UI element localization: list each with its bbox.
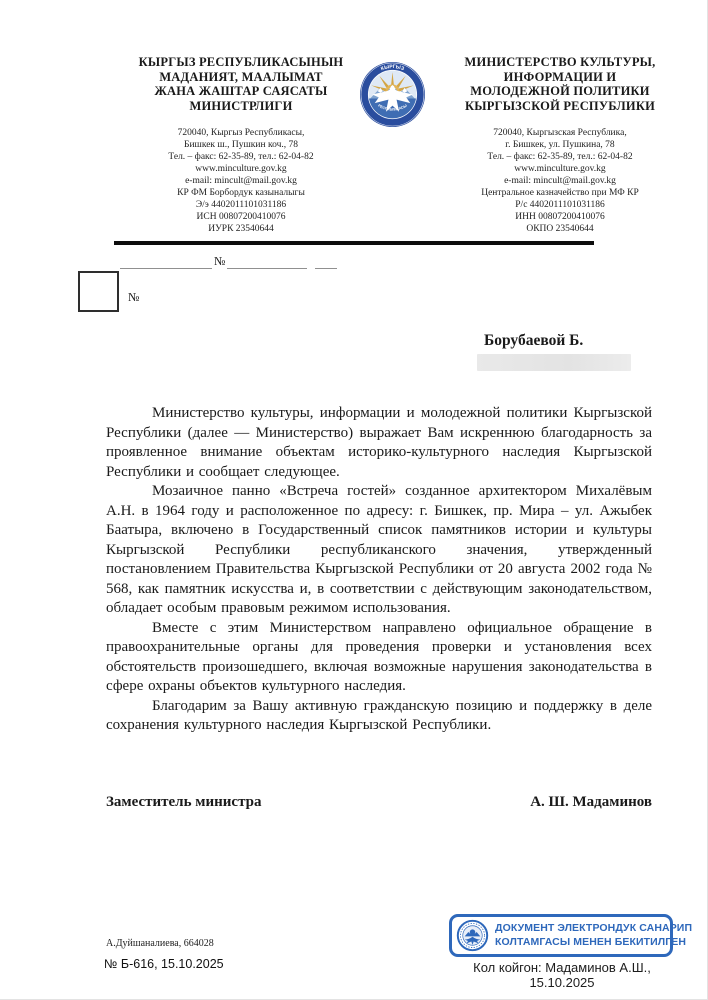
- address-kg-line: Бишкек ш., Пушкин коч., 78: [96, 139, 386, 151]
- numero-symbol: №: [212, 254, 227, 269]
- ministry-title-kyrgyz: КЫРГЫЗ РЕСПУБЛИКАСЫНЫН МАДАНИЯТ, МААЛЫМА…: [96, 55, 386, 113]
- reference-underline: [227, 268, 307, 269]
- ministry-title-kg-line: ЖАНА ЖАШТАР САЯСАТЫ: [96, 84, 386, 99]
- stamp-text-line1: ДОКУМЕНТ ЭЛЕКТРОНДУК САНАРИП: [495, 922, 692, 936]
- website-url: www.minculture.gov.kg: [428, 163, 692, 175]
- signature-block: Заместитель министра А. Ш. Мадаминов: [106, 794, 652, 811]
- address-kg-line: Тел. – факс: 62-35-89, тел.: 62-04-82: [96, 151, 386, 163]
- address-ru-line: Центральное казначейство при МФ КР: [428, 187, 692, 199]
- addressee-name: Борубаевой Б.: [484, 332, 654, 350]
- reference-underline: [315, 268, 337, 269]
- reference-number-line: №: [120, 254, 540, 269]
- address-ru-line: 720040, Кыргызская Республика,: [428, 127, 692, 139]
- reference-box: [78, 271, 119, 312]
- digital-signature-stamp: ДОКУМЕНТ ЭЛЕКТРОНДУК САНАРИП КОЛТАМГАСЫ …: [449, 914, 673, 957]
- address-ru-line: г. Бишкек, ул. Пушкина, 78: [428, 139, 692, 151]
- body-paragraph: Мозаичное панно «Встреча гостей» созданн…: [106, 482, 652, 619]
- account-number-kg: Э/э 4402011101031186: [96, 199, 386, 211]
- tax-id-kg: ИСН 00807200410076: [96, 211, 386, 223]
- ministry-title-kg-line: МАДАНИЯТ, МААЛЫМАТ: [96, 70, 386, 85]
- ministry-title-russian: МИНИСТЕРСТВО КУЛЬТУРЫ, ИНФОРМАЦИИ И МОЛО…: [428, 55, 692, 113]
- signer-title: Заместитель министра: [106, 794, 261, 811]
- ministry-title-ru-line: ИНФОРМАЦИИ И: [428, 70, 692, 85]
- letter-page: КЫРГЫЗ РЕСПУБЛИКАСЫНЫН МАДАНИЯТ, МААЛЫМА…: [0, 0, 708, 1000]
- okpo-code-ru: ОКПО 23540644: [428, 223, 692, 235]
- letter-body: Министерство культуры, информации и моло…: [106, 404, 652, 736]
- address-kg-line: КР ФМ Борбордук казыналыгы: [96, 187, 386, 199]
- website-url: www.minculture.gov.kg: [96, 163, 386, 175]
- ministry-address-russian: 720040, Кыргызская Республика, г. Бишкек…: [428, 127, 692, 235]
- reference-underline: [120, 268, 212, 269]
- ministry-title-ru-line: МОЛОДЕЖНОЙ ПОЛИТИКИ: [428, 84, 692, 99]
- stamp-emblem-icon: [456, 919, 489, 952]
- ministry-title-ru-line: МИНИСТЕРСТВО КУЛЬТУРЫ,: [428, 55, 692, 70]
- ministry-address-kyrgyz: 720040, Кыргыз Республикасы, Бишкек ш., …: [96, 127, 386, 235]
- account-number-ru: Р/с 4402011101031186: [428, 199, 692, 211]
- body-paragraph: Министерство культуры, информации и моло…: [106, 404, 652, 482]
- tax-id-ru: ИНН 00807200410076: [428, 211, 692, 223]
- address-kg-line: 720040, Кыргыз Республикасы,: [96, 127, 386, 139]
- address-ru-line: Тел. – факс: 62-35-89, тел.: 62-04-82: [428, 151, 692, 163]
- body-paragraph: Благодарим за Вашу активную гражданскую …: [106, 697, 652, 736]
- email-address: e-mail: mincult@mail.gov.kg: [428, 175, 692, 187]
- document-number: № Б-616, 15.10.2025: [104, 957, 224, 971]
- signed-by-info: Кол койгон: Мадаминов А.Ш., 15.10.2025: [440, 960, 684, 990]
- kyrgyz-state-emblem-icon: КЫРГЫЗ РЕСПУБЛИКАСЫ: [359, 61, 426, 128]
- ministry-title-ru-line: КЫРГЫЗСКОЙ РЕСПУБЛИКИ: [428, 99, 692, 114]
- ministry-title-kg-line: КЫРГЫЗ РЕСПУБЛИКАСЫНЫН: [96, 55, 386, 70]
- numero-symbol: №: [128, 290, 139, 305]
- redacted-address-bar: [477, 354, 631, 371]
- stamp-text: ДОКУМЕНТ ЭЛЕКТРОНДУК САНАРИП КОЛТАМГАСЫ …: [495, 922, 692, 949]
- ministry-title-kg-line: МИНИСТРЛИГИ: [96, 99, 386, 114]
- okpo-code-kg: ИУРК 23540644: [96, 223, 386, 235]
- header-divider: [114, 241, 594, 245]
- email-address: e-mail: mincult@mail.gov.kg: [96, 175, 386, 187]
- stamp-text-line2: КОЛТАМГАСЫ МЕНЕН БЕКИТИЛГЕН: [495, 936, 692, 950]
- body-paragraph: Вместе с этим Министерством направлено о…: [106, 619, 652, 697]
- signer-name: А. Ш. Мадаминов: [530, 794, 652, 811]
- executor-info: А.Дуйшаналиева, 664028: [106, 938, 214, 949]
